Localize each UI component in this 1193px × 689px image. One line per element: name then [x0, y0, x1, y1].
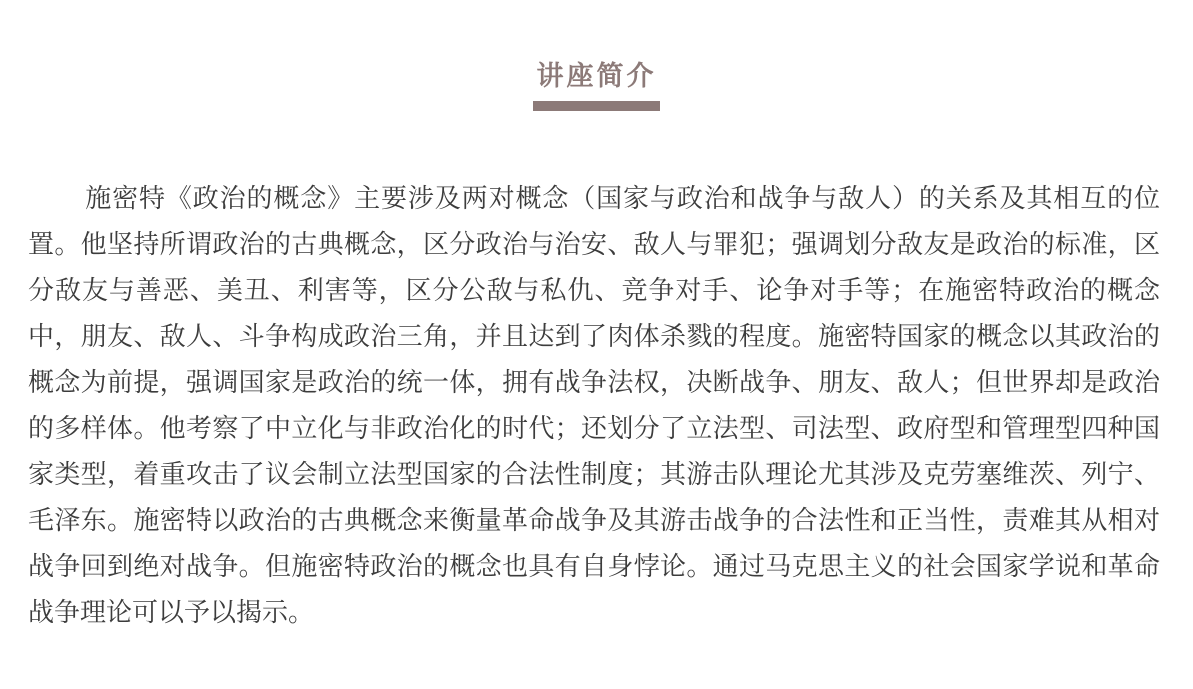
section-header: 讲座简介 — [0, 0, 1193, 111]
lecture-intro-paragraph: 施密特《政治的概念》主要涉及两对概念（国家与政治和战争与敌人）的关系及其相互的位… — [28, 175, 1160, 635]
title-underline — [533, 101, 660, 111]
content-area: 施密特《政治的概念》主要涉及两对概念（国家与政治和战争与敌人）的关系及其相互的位… — [28, 175, 1160, 635]
lecture-intro-page: 讲座简介 施密特《政治的概念》主要涉及两对概念（国家与政治和战争与敌人）的关系及… — [0, 0, 1193, 689]
page-title: 讲座简介 — [0, 60, 1193, 92]
